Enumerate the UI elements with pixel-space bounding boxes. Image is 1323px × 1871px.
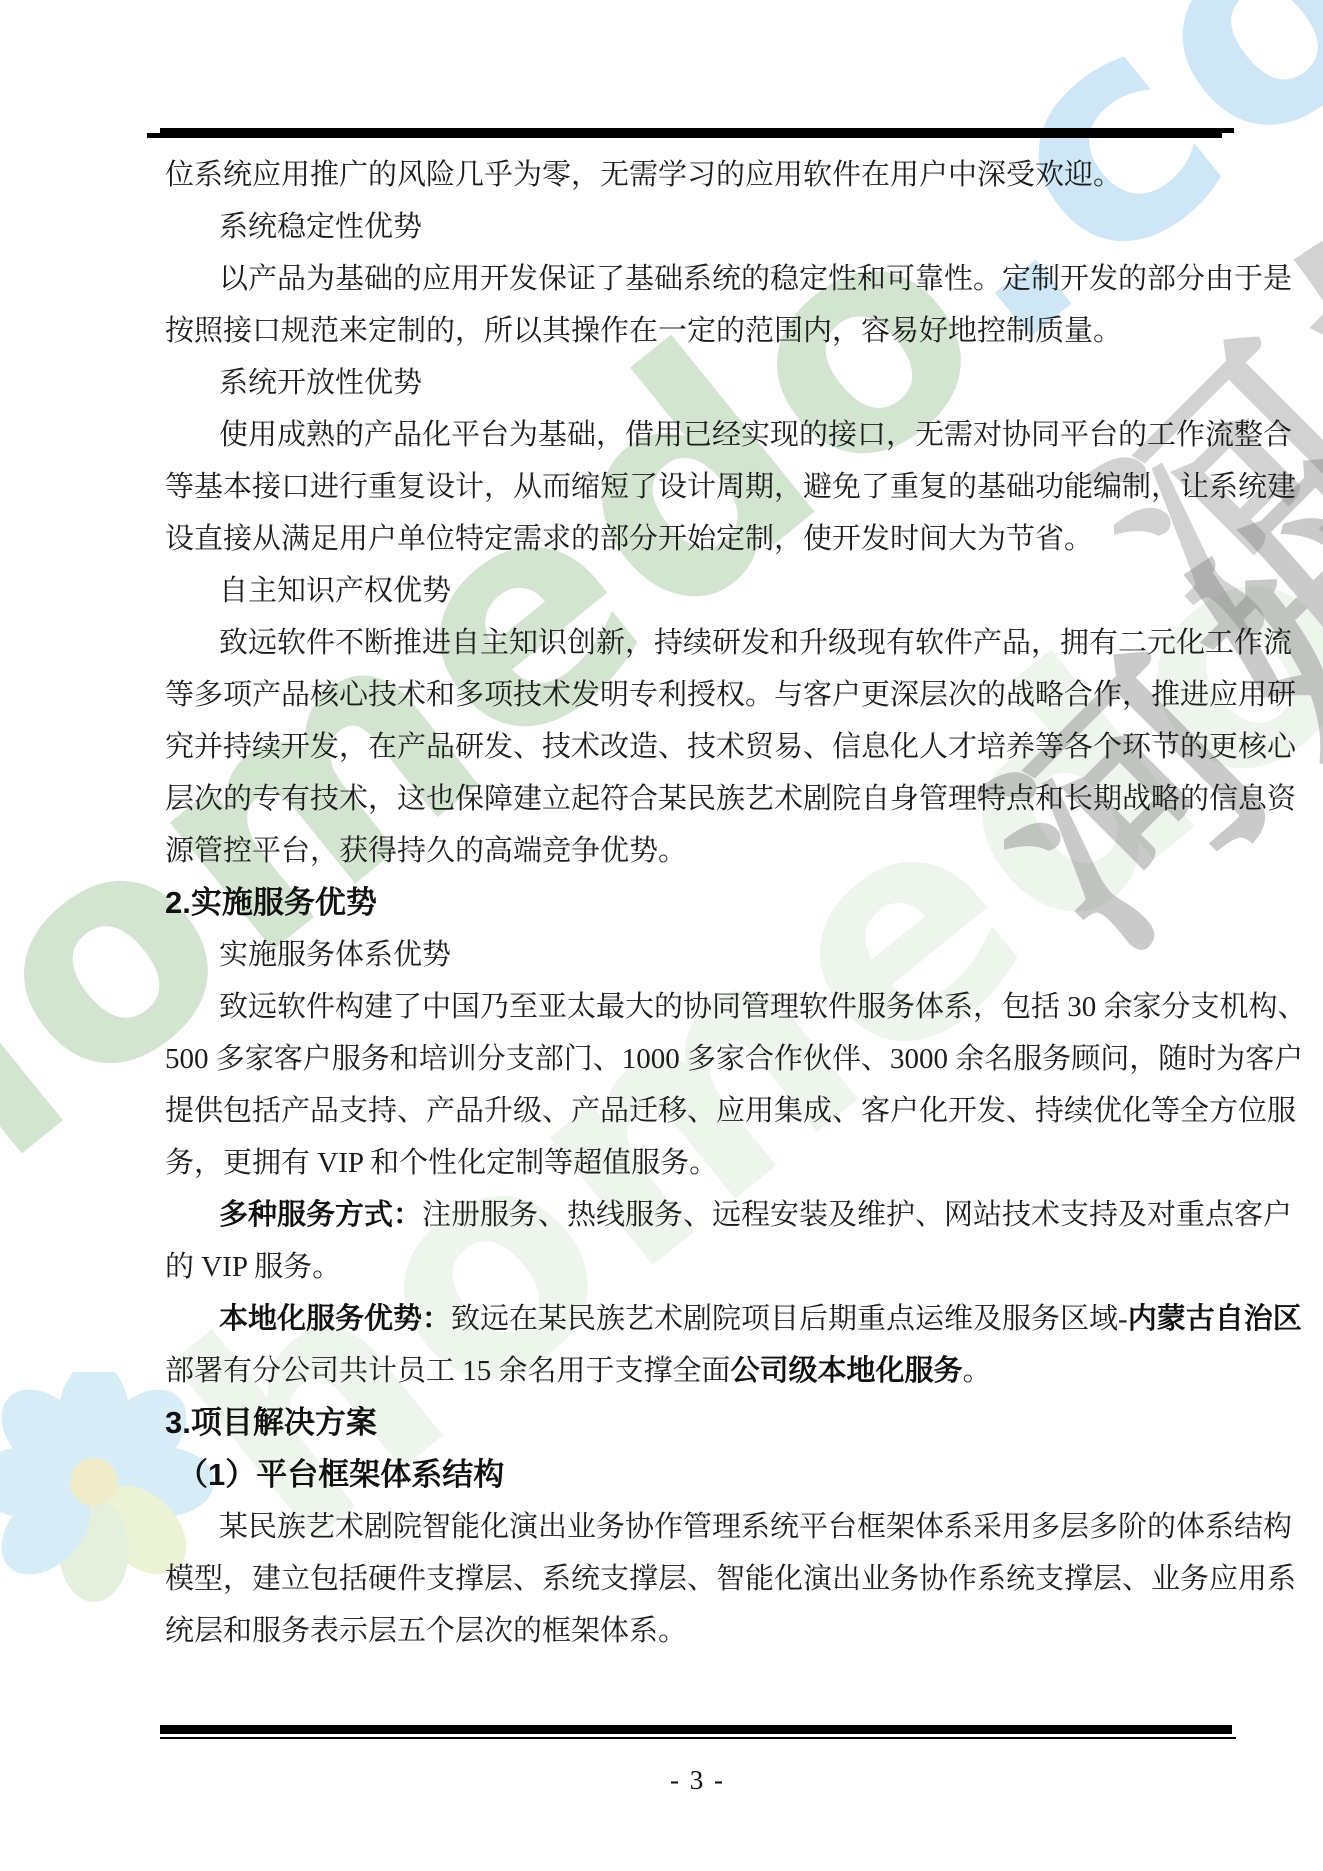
document-page: homedo.com homedo.com 河姆渡 河姆渡 位系统应用推广的风险…	[0, 0, 1323, 1871]
text-line: 多种服务方式：注册服务、热线服务、远程安装及维护、网站技术支持及对重点客户	[165, 1189, 1265, 1241]
text-line: 位系统应用推广的风险几乎为零，无需学习的应用软件在用户中深受欢迎。	[165, 149, 1265, 201]
page-number: - 3 -	[160, 1762, 1235, 1798]
header-rule-left-nub	[147, 133, 165, 138]
footer-rule-thin	[160, 1737, 1236, 1739]
text-line: 层次的专有技术，这也保障建立起符合某民族艺术剧院自身管理特点和长期战略的信息资	[165, 773, 1265, 825]
text-line: 致远软件构建了中国乃至亚太最大的协同管理软件服务体系，包括 30 余家分支机构、	[165, 981, 1265, 1033]
text-line: 设直接从满足用户单位特定需求的部分开始定制，使开发时间大为节省。	[165, 513, 1265, 565]
text-line: 以产品为基础的应用开发保证了基础系统的稳定性和可靠性。定制开发的部分由于是	[165, 253, 1265, 305]
text-lines: 位系统应用推广的风险几乎为零，无需学习的应用软件在用户中深受欢迎。系统稳定性优势…	[165, 149, 1265, 1657]
text-line: 务，更拥有 VIP 和个性化定制等超值服务。	[165, 1137, 1265, 1189]
text-line: 自主知识产权优势	[165, 565, 1265, 617]
text-line: 500 多家客户服务和培训分支部门、1000 多家合作伙伴、3000 余名服务顾…	[165, 1033, 1265, 1085]
text-line: 使用成熟的产品化平台为基础，借用已经实现的接口，无需对协同平台的工作流整合	[165, 409, 1265, 461]
text-line: 究并持续开发，在产品研发、技术改造、技术贸易、信息化人才培养等各个环节的更核心	[165, 721, 1265, 773]
header-rule	[160, 128, 1222, 138]
text-line: 某民族艺术剧院智能化演出业务协作管理系统平台框架体系采用多层多阶的体系结构	[165, 1501, 1265, 1553]
text-line: 提供包括产品支持、产品升级、产品迁移、应用集成、客户化开发、持续优化等全方位服	[165, 1085, 1265, 1137]
text-line: 的 VIP 服务。	[165, 1241, 1265, 1293]
footer-rule-thick	[160, 1725, 1232, 1734]
text-line: 统层和服务表示层五个层次的框架体系。	[165, 1605, 1265, 1657]
header-rule-right-nub	[1218, 128, 1234, 133]
text-line: 等多项产品核心技术和多项技术发明专利授权。与客户更深层次的战略合作，推进应用研	[165, 669, 1265, 721]
section-heading: （1）平台框架体系结构	[165, 1449, 1265, 1501]
text-line: 系统开放性优势	[165, 357, 1265, 409]
section-heading: 2.实施服务优势	[165, 877, 1265, 929]
text-line: 本地化服务优势：致远在某民族艺术剧院项目后期重点运维及服务区域-内蒙古自治区	[165, 1293, 1265, 1345]
text-line: 源管控平台，获得持久的高端竞争优势。	[165, 825, 1265, 877]
text-line: 实施服务体系优势	[165, 929, 1265, 981]
text-line: 部署有分公司共计员工 15 余名用于支撑全面公司级本地化服务。	[165, 1345, 1265, 1397]
section-heading: 3.项目解决方案	[165, 1397, 1265, 1449]
text-line: 按照接口规范来定制的，所以其操作在一定的范围内，容易好地控制质量。	[165, 305, 1265, 357]
text-line: 系统稳定性优势	[165, 201, 1265, 253]
text-line: 致远软件不断推进自主知识创新，持续研发和升级现有软件产品，拥有二元化工作流	[165, 617, 1265, 669]
text-line: 等基本接口进行重复设计，从而缩短了设计周期，避免了重复的基础功能编制，让系统建	[165, 461, 1265, 513]
text-line: 模型，建立包括硬件支撑层、系统支撑层、智能化演出业务协作系统支撑层、业务应用系	[165, 1553, 1265, 1605]
